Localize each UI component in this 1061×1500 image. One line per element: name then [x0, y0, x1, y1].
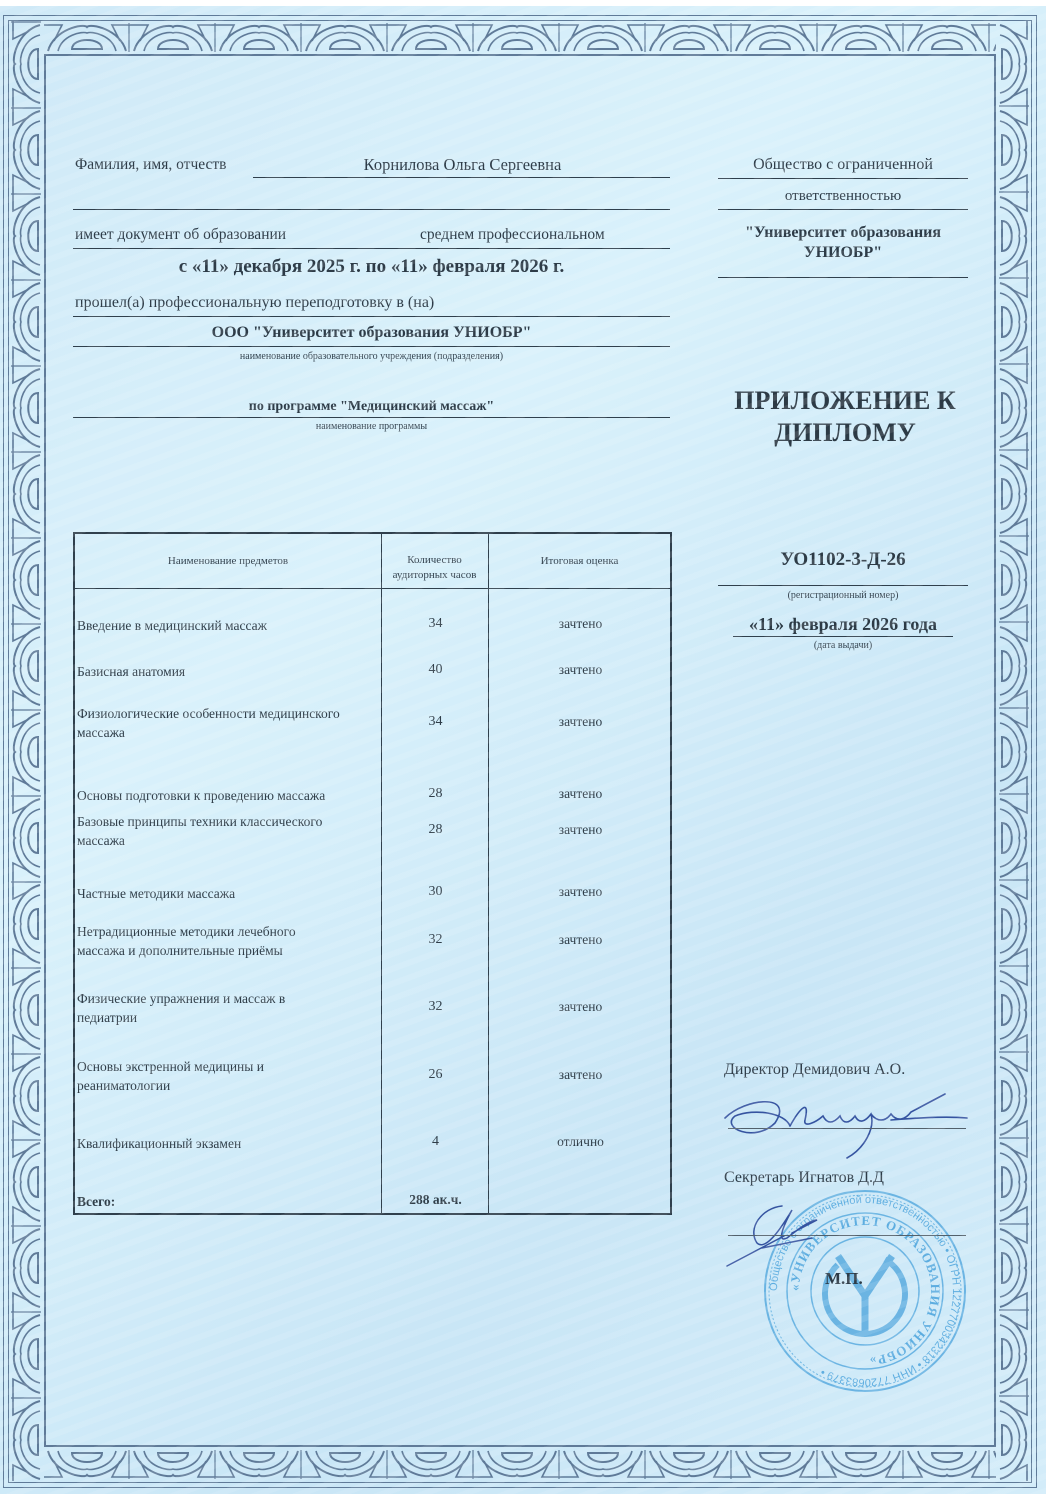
registration-number: УО1102-3-Д-26	[718, 549, 968, 571]
subject-hours: 34	[382, 616, 489, 632]
program-name: по программе "Медицинский массаж"	[73, 399, 670, 415]
subject-name-continued: реаниматологии	[77, 1076, 377, 1095]
column-divider-1	[381, 534, 382, 1213]
subject-name-continued: педиатрии	[77, 1008, 377, 1027]
ornament-border-right	[996, 21, 1031, 1481]
issuer-line-3: "Университет образования	[718, 223, 968, 243]
subject-hours: 28	[382, 786, 489, 802]
program-underline	[73, 417, 670, 418]
subject-name-continued: массажа и дополнительные приёмы	[77, 941, 377, 960]
subjects-table: Наименование предметов Количество аудито…	[73, 532, 672, 1215]
subject-name: Физиологические особенности медицинского	[77, 704, 377, 723]
secretary-label: Секретарь Игнатов Д.Д	[724, 1169, 884, 1187]
subject-grade: зачтено	[489, 822, 672, 838]
study-period: с «11» декабря 2025 г. по «11» февраля 2…	[73, 256, 670, 278]
program-caption: наименование программы	[73, 421, 670, 432]
subject-name: Базисная анатомия	[77, 662, 377, 681]
reg-number-underline	[718, 585, 968, 586]
ornament-border-top	[44, 21, 996, 54]
issue-date-caption: (дата выдачи)	[718, 640, 968, 651]
blank-underline	[73, 209, 670, 210]
subject-hours: 40	[382, 662, 489, 678]
subject-name-continued: массажа	[77, 831, 377, 850]
subject-name: Базовые принципы техники классического	[77, 812, 377, 831]
document-title-line-1: ПРИЛОЖЕНИЕ К	[700, 386, 990, 416]
subject-hours: 26	[382, 1067, 489, 1083]
subject-name: Введение в медицинский массаж	[77, 616, 377, 635]
subject-name: Нетрадиционные методики лечебного	[77, 922, 377, 941]
education-underline	[73, 248, 670, 249]
column-header-hours-line-1: Количество	[381, 553, 488, 568]
issuer-line-1: Общество с ограниченной	[718, 156, 968, 174]
institution-name: ООО "Университет образования УНИОБР"	[73, 324, 670, 342]
subject-grade: зачтено	[489, 714, 672, 730]
subject-name: Частные методики массажа	[77, 884, 377, 903]
subject-grade: зачтено	[489, 999, 672, 1015]
subject-grade: зачтено	[489, 884, 672, 900]
education-label: имеет документ об образовании	[75, 226, 286, 244]
issue-date-underline	[733, 636, 953, 637]
column-header-hours-line-2: аудиторных часов	[381, 568, 488, 583]
director-signature-line	[728, 1128, 966, 1129]
subject-name: Квалификационный экзамен	[77, 1134, 377, 1153]
retraining-label: прошел(а) профессиональную переподготовк…	[75, 294, 434, 312]
column-header-subject: Наименование предметов	[75, 554, 381, 569]
subject-name: Основы подготовки к проведению массажа	[77, 786, 377, 805]
subject-grade: зачтено	[489, 662, 672, 678]
document-title-line-2: ДИПЛОМУ	[700, 418, 990, 448]
director-signature	[715, 1088, 975, 1163]
total-label: Всего:	[77, 1192, 377, 1211]
header-divider	[75, 588, 670, 589]
reg-number-caption: (регистрационный номер)	[718, 590, 968, 601]
education-value: среднем профессиональном	[420, 226, 605, 244]
subject-hours: 28	[382, 822, 489, 838]
institution-underline	[73, 346, 670, 347]
subject-name: Основы экстренной медицины и	[77, 1057, 377, 1076]
subject-hours: 4	[382, 1134, 489, 1150]
issuer-underline-1	[718, 178, 968, 179]
issuer-underline-3	[718, 277, 968, 278]
subject-hours: 30	[382, 884, 489, 900]
subject-grade: зачтено	[489, 616, 672, 632]
issuer-line-4: УНИОБР"	[718, 243, 968, 263]
column-divider-2	[488, 534, 489, 1213]
column-header-grade: Итоговая оценка	[488, 554, 671, 569]
fio-value: Корнилова Ольга Сергеевна	[255, 155, 670, 175]
subject-hours: 34	[382, 714, 489, 730]
director-label: Директор Демидович А.О.	[724, 1061, 905, 1079]
fio-label: Фамилия, имя, отчеств	[75, 156, 226, 174]
subject-grade: отлично	[489, 1134, 672, 1150]
issue-date: «11» февраля 2026 года	[718, 614, 968, 635]
total-value: 288 ак.ч.	[382, 1192, 489, 1208]
subject-grade: зачтено	[489, 932, 672, 948]
subject-grade: зачтено	[489, 1067, 672, 1083]
secretary-signature-line	[728, 1235, 966, 1236]
retraining-underline	[73, 316, 670, 317]
issuer-line-2: ответственностью	[718, 188, 968, 205]
subject-name: Физические упражнения и массаж в	[77, 989, 377, 1008]
subject-grade: зачтено	[489, 786, 672, 802]
issuer-underline-2	[718, 209, 968, 210]
subject-hours: 32	[382, 999, 489, 1015]
institution-caption: наименование образовательного учреждения…	[73, 351, 670, 362]
ornament-border-left	[9, 21, 44, 1481]
fio-underline	[253, 177, 670, 178]
subject-name-continued: массажа	[77, 723, 377, 742]
diploma-supplement-page: Фамилия, имя, отчеств Корнилова Ольга Се…	[0, 6, 1046, 1494]
subject-hours: 32	[382, 932, 489, 948]
seal-mark: М.П.	[825, 1269, 863, 1289]
ornament-border-bottom	[44, 1448, 996, 1481]
